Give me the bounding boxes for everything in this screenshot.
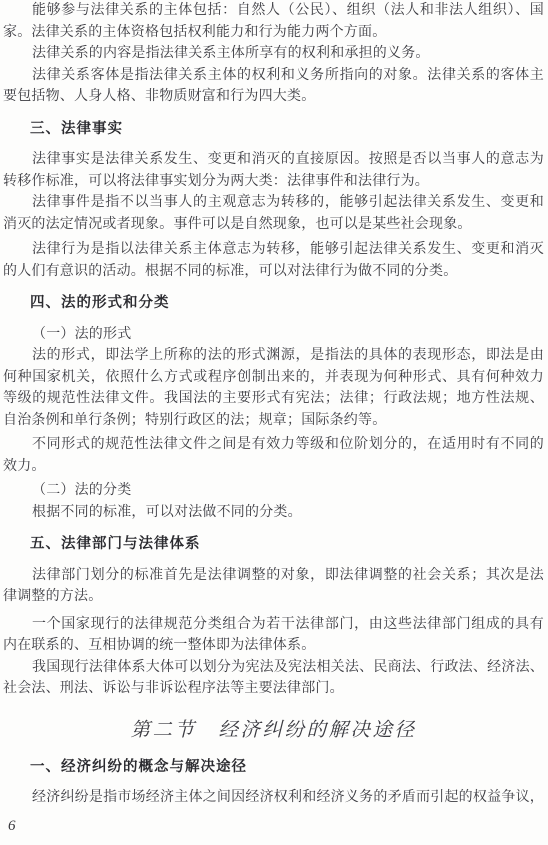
paragraph: 法的形式，即法学上所称的法的形式渊源，是指法的具体的表现形态，即法是由何种国家机… (3, 345, 544, 431)
heading: 五、法律部门与法律体系 (3, 534, 544, 556)
text-line: 社会法、刑法、诉讼与非诉讼程序法等主要法律部门。 (3, 678, 544, 700)
text-line: 家。法律关系的主体资格包括权利能力和行为能力两个方面。 (3, 22, 544, 44)
paragraph: 一个国家现行的法律规范分类组合为若干法律部门，由这些法律部门组成的具有内在联系的… (3, 614, 544, 657)
text-line: 法律关系客体是指法律关系主体的权利和义务所指向的对象。法律关系的客体主 (3, 65, 544, 87)
text-line: 何种国家机关，依照什么方式或程序创制出来的，并表现为何种形式、具有何种效力 (3, 367, 544, 389)
text-line: 的人们有意识的活动。根据不同的标准，可以对法律行为做不同的分类。 (3, 261, 544, 283)
paragraph: （一）法的形式 (3, 324, 544, 346)
paragraph: 法律事件是指不以当事人的主观意志为转移的，能够引起法律关系发生、变更和消灭的法定… (3, 192, 544, 235)
text-line: 能够参与法律关系的主体包括：自然人（公民）、组织（法人和非法人组织）、国 (3, 0, 544, 22)
page-content: 能够参与法律关系的主体包括：自然人（公民）、组织（法人和非法人组织）、国家。法律… (3, 0, 544, 809)
text-line: 根据不同的标准，可以对法做不同的分类。 (3, 502, 544, 524)
paragraph: 法律事实是法律关系发生、变更和消灭的直接原因。按照是否以当事人的意志为转移作标准… (3, 149, 544, 192)
text-line: 我国现行法律体系大体可以划分为宪法及宪法相关法、民商法、行政法、经济法、 (3, 657, 544, 679)
paragraph: 法律行为是指以法律关系主体意志为转移，能够引起法律关系发生、变更和消灭的人们有意… (3, 239, 544, 282)
text-line: 法律行为是指以法律关系主体意志为转移，能够引起法律关系发生、变更和消灭 (3, 239, 544, 261)
text-line: 律调整的方法。 (3, 586, 544, 608)
paragraph: 我国现行法律体系大体可以划分为宪法及宪法相关法、民商法、行政法、经济法、社会法、… (3, 657, 544, 700)
section-title: 第二节 经济纠纷的解决途径 (3, 716, 544, 746)
text-line: 法律事实是法律关系发生、变更和消灭的直接原因。按照是否以当事人的意志为 (3, 149, 544, 171)
page-number: 6 (8, 816, 16, 836)
paragraph: 法律关系客体是指法律关系主体的权利和义务所指向的对象。法律关系的客体主要包括物、… (3, 65, 544, 108)
paragraph: 不同形式的规范性法律文件之间是有效力等级和位阶划分的，在适用时有不同的效力。 (3, 434, 544, 477)
text-line: 消灭的法定情况或者现象。事件可以是自然现象，也可以是某些社会现象。 (3, 214, 544, 236)
text-line: 自治条例和单行条例；特别行政区的法；规章；国际条约等。 (3, 410, 544, 432)
heading: 一、经济纠纷的概念与解决途径 (3, 757, 544, 779)
text-line: 要包括物、人身人格、非物质财富和行为四大类。 (3, 86, 544, 108)
text-line: 效力。 (3, 456, 544, 478)
text-line: 不同形式的规范性法律文件之间是有效力等级和位阶划分的，在适用时有不同的 (3, 434, 544, 456)
textbook-page: 能够参与法律关系的主体包括：自然人（公民）、组织（法人和非法人组织）、国家。法律… (0, 0, 548, 845)
text-line: 法律事件是指不以当事人的主观意志为转移的，能够引起法律关系发生、变更和 (3, 192, 544, 214)
paragraph: 法律部门划分的标准首先是法律调整的对象，即法律调整的社会关系；其次是法律调整的方… (3, 565, 544, 608)
heading: 三、法律事实 (3, 119, 544, 141)
text-line: 一个国家现行的法律规范分类组合为若干法律部门，由这些法律部门组成的具有 (3, 614, 544, 636)
paragraph: （二）法的分类 (3, 480, 544, 502)
text-line: 法律部门划分的标准首先是法律调整的对象，即法律调整的社会关系；其次是法 (3, 565, 544, 587)
text-line: 经济纠纷是指市场经济主体之间因经济权利和经济义务的矛盾而引起的权益争议， (3, 787, 544, 809)
paragraph: 法律关系的内容是指法律关系主体所享有的权利和承担的义务。 (3, 43, 544, 65)
text-line: 法律关系的内容是指法律关系主体所享有的权利和承担的义务。 (3, 43, 544, 65)
paragraph: 能够参与法律关系的主体包括：自然人（公民）、组织（法人和非法人组织）、国家。法律… (3, 0, 544, 43)
text-line: 转移作标准，可以将法律事实划分为两大类：法律事件和法律行为。 (3, 171, 544, 193)
text-line: （二）法的分类 (3, 480, 544, 502)
heading: 四、法的形式和分类 (3, 293, 544, 315)
paragraph: 经济纠纷是指市场经济主体之间因经济权利和经济义务的矛盾而引起的权益争议， (3, 787, 544, 809)
paragraph: 根据不同的标准，可以对法做不同的分类。 (3, 502, 544, 524)
text-line: （一）法的形式 (3, 324, 544, 346)
text-line: 法的形式，即法学上所称的法的形式渊源，是指法的具体的表现形态，即法是由 (3, 345, 544, 367)
text-line: 内在联系的、互相协调的统一整体即为法律体系。 (3, 635, 544, 657)
text-line: 等级的规范性法律文件。我国法的主要形式有宪法；法律；行政法规；地方性法规、 (3, 388, 544, 410)
